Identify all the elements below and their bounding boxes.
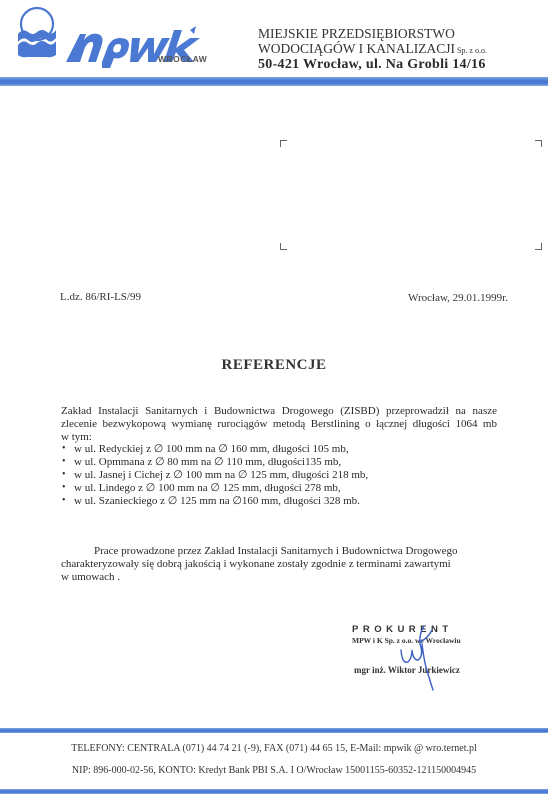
bullet-icon: • bbox=[62, 469, 66, 482]
footer-divider-top bbox=[0, 728, 548, 733]
address-window-corner-top-right bbox=[535, 140, 542, 147]
logo-city: WROCŁAW bbox=[158, 54, 207, 64]
closing-line-1: Prace prowadzone przez Zakład Instalacji… bbox=[61, 545, 497, 558]
company-name-line1: MIEJSKIE PRZEDSIĘBIORSTWO bbox=[258, 27, 487, 42]
list-item-text: w ul. Redyckiej z ∅ 100 mm na ∅ 160 mm, … bbox=[74, 443, 349, 455]
list-item-text: w ul. Jasnej i Cichej z ∅ 100 mm na ∅ 12… bbox=[74, 469, 368, 481]
reference-number: L.dz. 86/RI-LS/99 bbox=[60, 291, 141, 303]
header-divider bbox=[0, 77, 548, 86]
company-address: 50-421 Wrocław, ul. Na Grobli 14/16 bbox=[258, 58, 487, 73]
list-item: •w ul. Opmmana z ∅ 80 mm na ∅ 110 mm, dł… bbox=[61, 456, 497, 469]
list-item: •w ul. Redyckiej z ∅ 100 mm na ∅ 160 mm,… bbox=[61, 443, 497, 456]
list-item: •w ul. Jasnej i Cichej z ∅ 100 mm na ∅ 1… bbox=[61, 469, 497, 482]
bullet-icon: • bbox=[62, 482, 66, 495]
address-window-corner-bottom-left bbox=[280, 243, 287, 250]
intro-line-2: zlecenie bezwykopową wymianę rurociągów … bbox=[61, 418, 497, 431]
closing-line-2: charakteryzowały się dobrą jakością i wy… bbox=[61, 558, 497, 571]
handwritten-signature-icon bbox=[398, 622, 438, 692]
footer-bank-details: NIP: 896-000-02-56, KONTO: Kredyt Bank P… bbox=[0, 765, 548, 776]
footer-divider-bottom bbox=[0, 789, 548, 794]
company-legal-form: Sp. z o.o. bbox=[457, 46, 487, 55]
address-window-corner-bottom-right bbox=[535, 243, 542, 250]
bullet-icon: • bbox=[62, 456, 66, 469]
bullet-icon: • bbox=[62, 443, 66, 456]
list-item: •w ul. Szanieckiego z ∅ 125 mm na ∅160 m… bbox=[61, 495, 497, 508]
footer-contact: TELEFONY: CENTRALA (071) 44 74 21 (-9), … bbox=[0, 743, 548, 754]
intro-line-1: Zakład Instalacji Sanitarnych i Budownic… bbox=[61, 405, 497, 418]
company-name-line2: WODOCIĄGÓW I KANALIZACJISp. z o.o. bbox=[258, 42, 487, 59]
place-date: Wrocław, 29.01.1999r. bbox=[408, 292, 508, 304]
bullet-icon: • bbox=[62, 495, 66, 508]
company-logo: WROCŁAW bbox=[14, 4, 244, 68]
company-name-line2-text: WODOCIĄGÓW I KANALIZACJI bbox=[258, 41, 455, 56]
company-header: MIEJSKIE PRZEDSIĘBIORSTWO WODOCIĄGÓW I K… bbox=[258, 27, 487, 73]
list-item-text: w ul. Lindego z ∅ 100 mm na ∅ 125 mm, dł… bbox=[74, 482, 341, 494]
water-wave-logo-icon bbox=[14, 4, 244, 68]
list-item-text: w ul. Opmmana z ∅ 80 mm na ∅ 110 mm, dłu… bbox=[74, 456, 341, 468]
letter-body: Zakład Instalacji Sanitarnych i Budownic… bbox=[61, 405, 497, 507]
closing-line-3: w umowach . bbox=[61, 571, 497, 584]
list-item-text: w ul. Szanieckiego z ∅ 125 mm na ∅160 mm… bbox=[74, 495, 360, 507]
closing-paragraph: Prace prowadzone przez Zakład Instalacji… bbox=[61, 545, 497, 583]
list-item: •w ul. Lindego z ∅ 100 mm na ∅ 125 mm, d… bbox=[61, 482, 497, 495]
document-title: REFERENCJE bbox=[0, 357, 548, 374]
address-window-corner-top-left bbox=[280, 140, 287, 147]
pipeline-list: •w ul. Redyckiej z ∅ 100 mm na ∅ 160 mm,… bbox=[61, 443, 497, 507]
intro-line-3: w tym: bbox=[61, 431, 497, 444]
